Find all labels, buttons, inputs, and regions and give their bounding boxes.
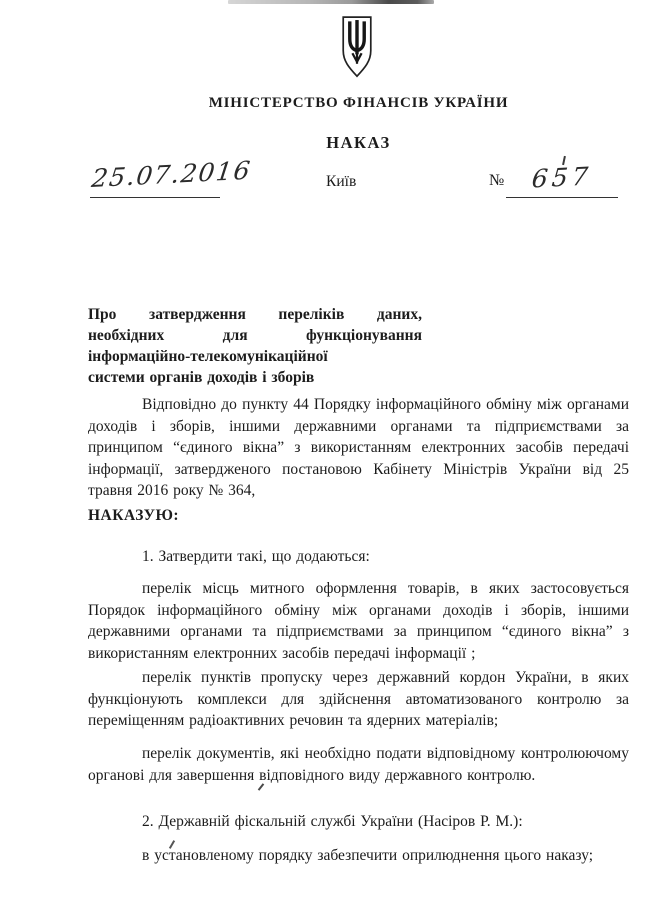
order-subject: Про затвердження переліків даних, необхі… bbox=[88, 304, 422, 388]
scanned-document-page: МІНІСТЕРСТВО ФІНАНСІВ УКРАЇНИ НАКАЗ 25.0… bbox=[0, 0, 668, 908]
item-1: 1. Затвердити такі, що додаються: bbox=[88, 546, 629, 568]
publication-line: в установленому порядку забезпечити опри… bbox=[88, 845, 629, 867]
list-paragraph-customs-places: перелік місць митного оформлення товарів… bbox=[88, 578, 629, 664]
order-word: НАКАЗУЮ: bbox=[88, 505, 629, 527]
list-paragraph-border-points: перелік пунктів пропуску через державний… bbox=[88, 667, 629, 732]
preamble-paragraph: Відповідно до пункту 44 Порядку інформац… bbox=[88, 394, 629, 502]
item-2: 2. Державній фіскальній службі України (… bbox=[88, 811, 629, 833]
subject-line-1: Про затвердження переліків даних, bbox=[88, 304, 422, 325]
subject-line-4: системи органів доходів і зборів bbox=[88, 367, 422, 388]
list-paragraph-documents: перелік документів, які необхідно подати… bbox=[88, 743, 629, 786]
subject-line-3: інформаційно-телекомунікаційної bbox=[88, 346, 422, 367]
subject-line-2: необхідних для функціонування bbox=[88, 325, 422, 346]
document-body: Про затвердження переліків даних, необхі… bbox=[88, 0, 629, 908]
